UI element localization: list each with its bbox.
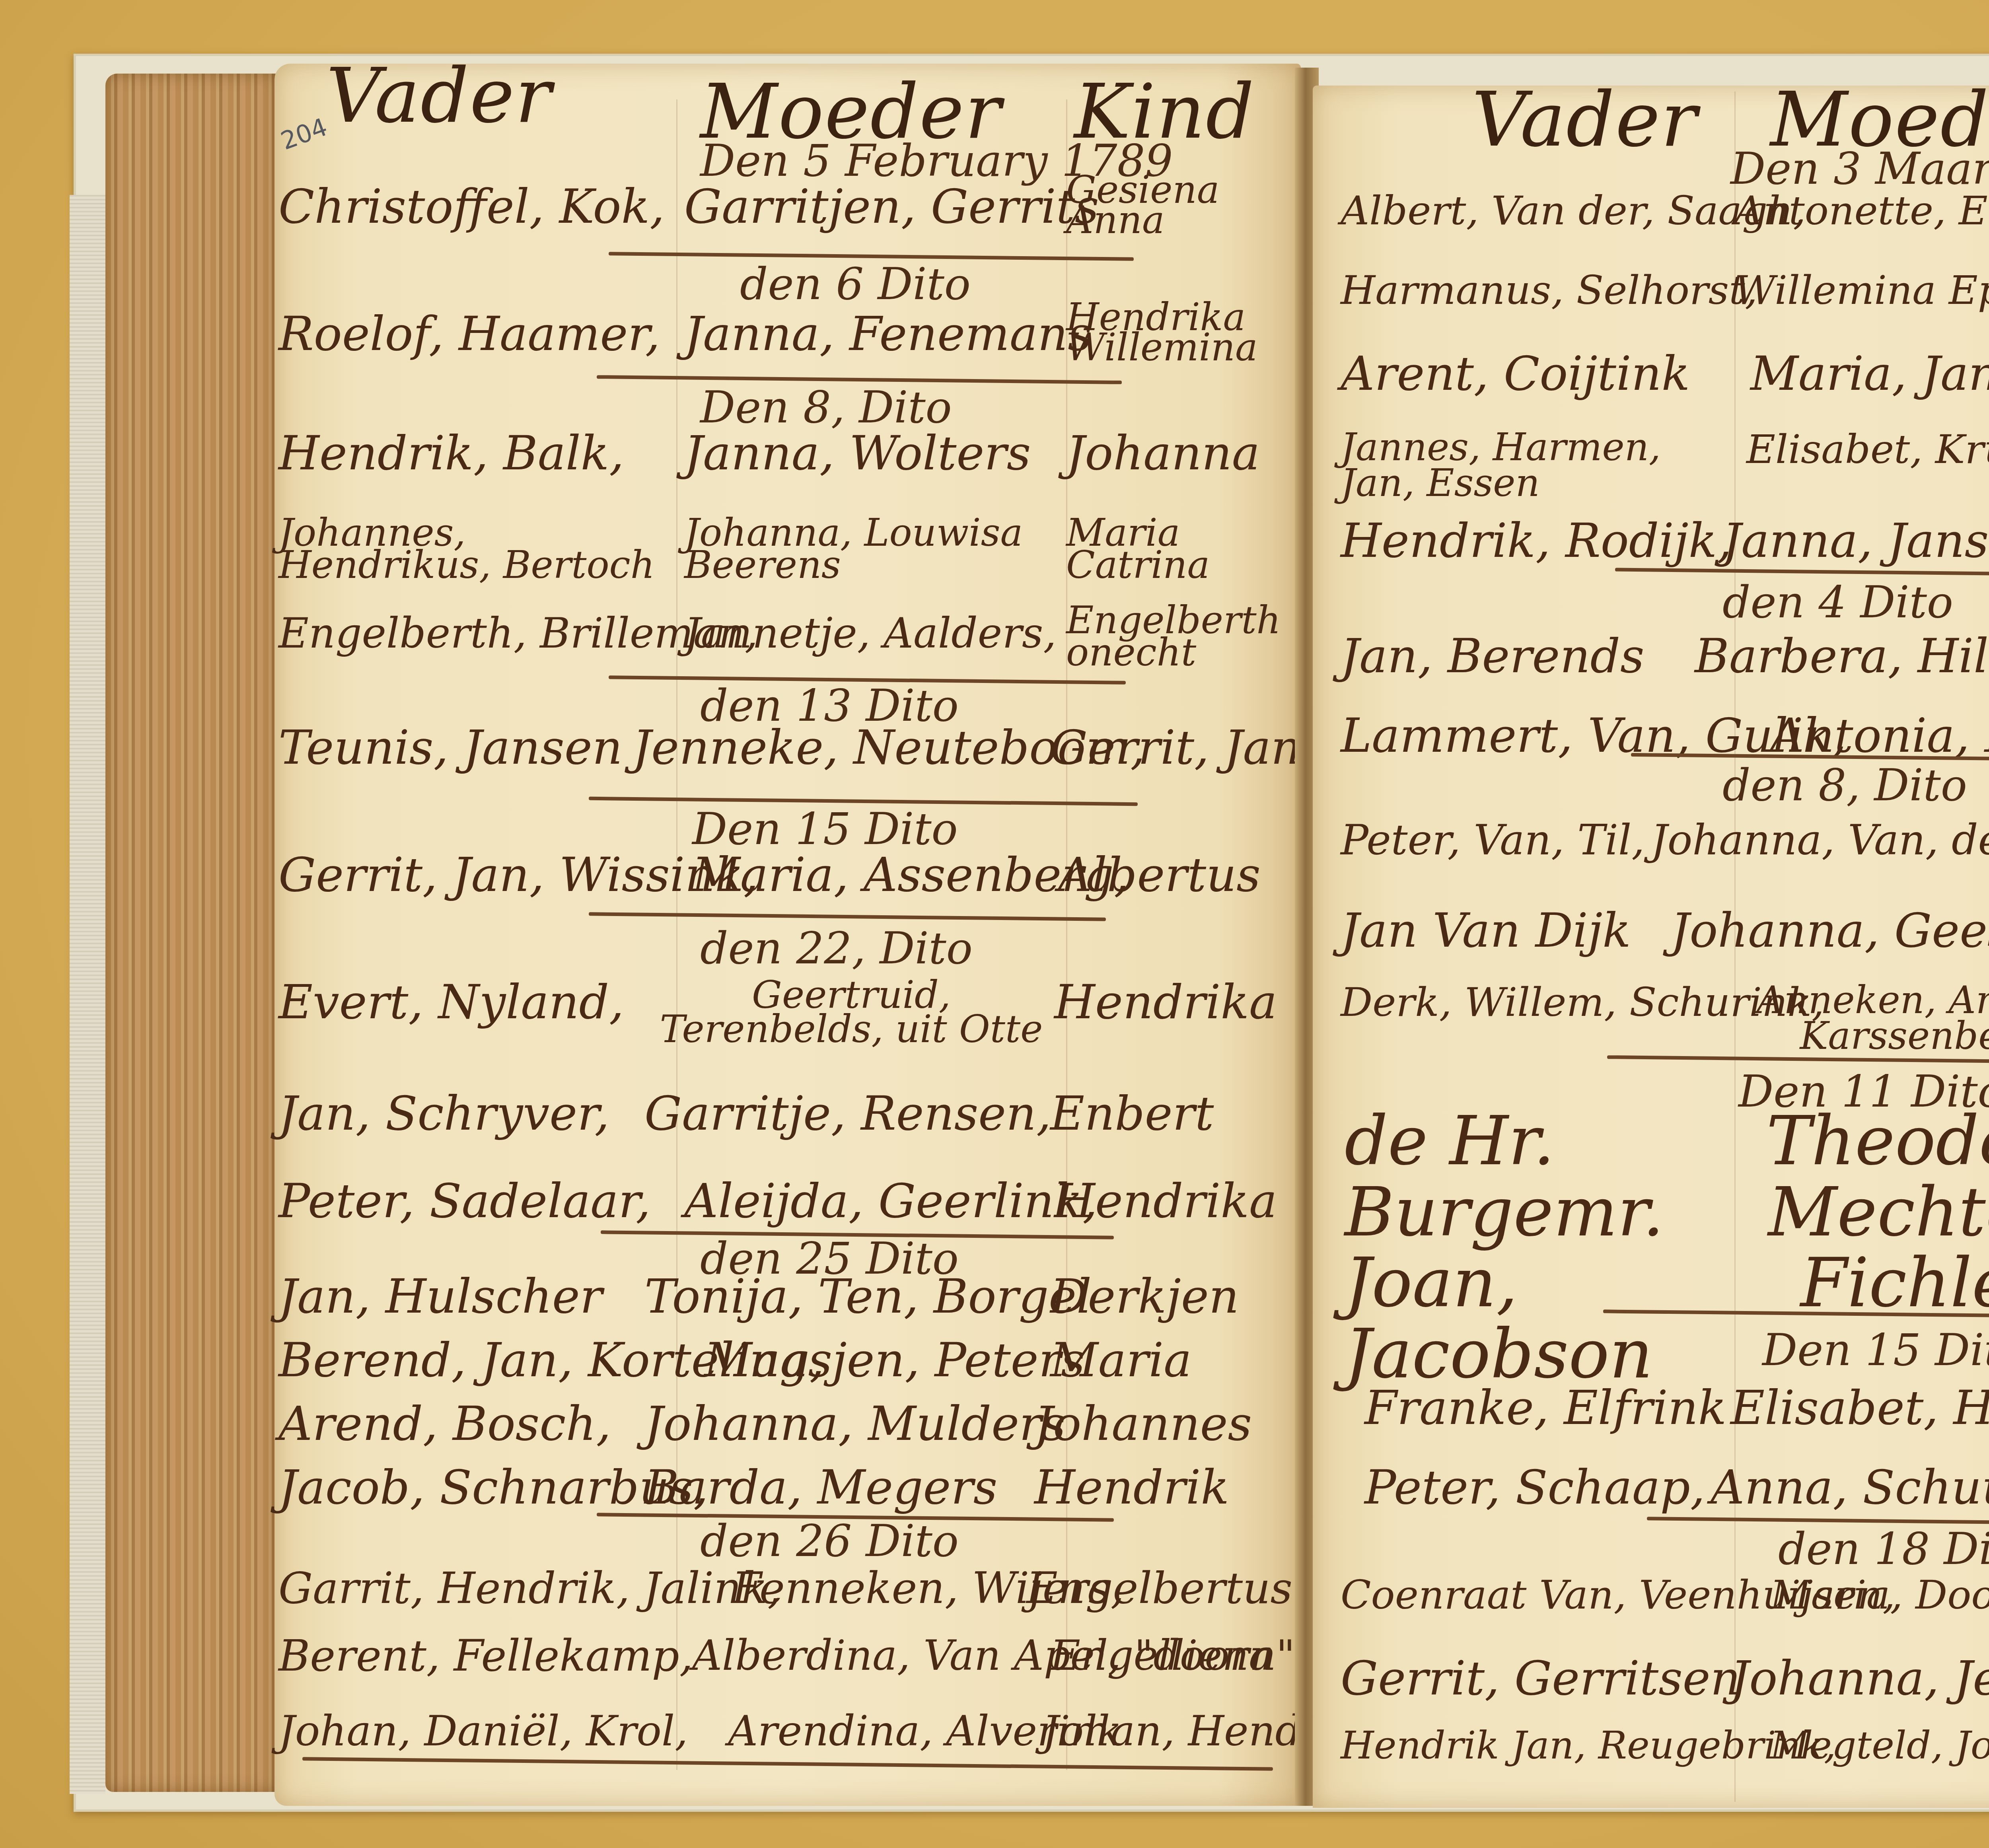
entry-kind: Hendrika — [1054, 1177, 1277, 1224]
entry-kind: Hendrika — [1054, 978, 1277, 1025]
entry-moeder: Johanna, Mulders — [644, 1400, 1066, 1447]
entry-vader: Jan, Berends — [1341, 632, 1645, 679]
entry-moeder: Garritjen, Gerrits — [684, 183, 1099, 230]
entry-vader: Gerrit, Gerritsen — [1341, 1655, 1741, 1702]
entry-kind: Albertus — [1058, 851, 1261, 898]
entry-moeder: Johanna, Van, der, Wetering — [1651, 819, 1989, 861]
date-heading: den 4 Dito — [1722, 577, 1953, 628]
entry-vader: Hendrik, Balk, — [278, 430, 624, 477]
entry-vader: Franke, Elfrink — [1364, 1384, 1726, 1431]
entry-vader: Jacob, Schnarbus, — [278, 1464, 708, 1511]
entry-moeder: Janna, Wolters — [684, 430, 1031, 477]
date-heading: den 8, Dito — [1722, 760, 1967, 811]
entry-moeder: Theodora Mechteld Fichler. — [1750, 1106, 1989, 1319]
entry-moeder: Aleijda, Geerlink, — [684, 1177, 1098, 1224]
entry-moeder: Megteld, Joosten — [1770, 1726, 1989, 1764]
entry-moeder: Barbera, Hillebrands, — [1695, 632, 1989, 679]
header-vader: Vader — [326, 52, 552, 140]
entry-kind: Johanna — [1066, 430, 1260, 477]
entry-moeder: Willemina Eppink — [1734, 270, 1989, 310]
entry-moeder: Janna, Jansen, — [1722, 517, 1989, 564]
date-heading: den 22, Dito — [700, 923, 973, 974]
entry-kind: Enbert — [1050, 1090, 1214, 1137]
date-heading: Den 15 Dito — [1762, 1325, 1989, 1375]
entry-moeder: Geertruid, Terenbelds, uit Otte — [644, 978, 1058, 1047]
entry-moeder: Antonette, Ekkenhuijs — [1734, 191, 1989, 231]
date-heading: Den 8, Dito — [700, 382, 952, 433]
entry-moeder: Maria, Doorninks — [1770, 1575, 1989, 1615]
entry-kind: Maria — [1050, 1336, 1192, 1383]
entry-moeder: Garritje, Rensen, — [644, 1090, 1051, 1137]
date-heading: den 18 Dito — [1778, 1523, 1989, 1574]
entry-moeder: Anneken, Antonij Karssenberg — [1722, 982, 1989, 1054]
entry-vader: Johan, Daniël, Krol, — [278, 1710, 688, 1752]
entry-moeder: Barda, Megers — [644, 1464, 997, 1511]
entry-vader: de Hr. Burgemr. Joan, Jacobson — [1345, 1106, 1742, 1390]
entry-vader: Garrit, Hendrik, Jalink, — [278, 1567, 781, 1610]
entry-vader: Berent, Fellekamp, — [278, 1635, 693, 1678]
page-edges-left — [105, 74, 276, 1792]
entry-moeder: Antonia, Beumer, — [1770, 712, 1989, 759]
entry-kind: Engelbertus — [1026, 1567, 1292, 1610]
entry-kind: Johannes — [1034, 1400, 1252, 1447]
entry-kind: Hendrik — [1034, 1464, 1229, 1511]
entry-vader: Hendrik, Rodijk, — [1341, 517, 1732, 564]
column-rule — [676, 99, 677, 1770]
entry-vader: Peter, Van, Til, — [1341, 819, 1645, 861]
entry-moeder: Maria, Jansen — [1750, 350, 1989, 397]
entry-moeder: Johanna, Jekins — [1730, 1655, 1989, 1702]
entry-moeder: Elisabet, Hissink — [1730, 1384, 1989, 1431]
entry-vader: Jannes, Harmen, Jan, Essen — [1341, 430, 1738, 502]
entry-vader: Hendrik Jan, Reugebrink, — [1341, 1726, 1836, 1764]
entry-kind: Hendrika Willemina — [1066, 302, 1249, 363]
date-heading: Den 3 Maart 1789 — [1730, 143, 1989, 194]
entry-kind: Maria Catrina — [1066, 517, 1249, 582]
date-heading: den 26 Dito — [700, 1515, 959, 1566]
date-heading: den 6 Dito — [740, 259, 971, 309]
entry-moeder: Elisabet, Krumers, — [1746, 430, 1989, 469]
entry-vader: Arend, Bosch, — [278, 1400, 611, 1447]
entry-vader: Arent, Coijtink — [1341, 350, 1690, 397]
date-heading: Den 15 Dito — [692, 803, 958, 854]
entry-moeder: Johanna, Louwisa Beerens — [684, 517, 1058, 582]
entry-vader: Teunis, Jansen — [278, 724, 623, 771]
entry-vader: Peter, Sadelaar, — [278, 1177, 651, 1224]
entry-kind: Derkjen — [1050, 1273, 1239, 1320]
linen-binding-left — [70, 195, 105, 1794]
entry-vader: Harmanus, Selhorst, — [1341, 270, 1757, 310]
entry-vader: Jan Van Dijk — [1341, 907, 1631, 954]
entry-vader: Johannes, Hendrikus, Bertoch — [278, 517, 668, 582]
entry-moeder: Janna, Fenemans — [684, 310, 1092, 357]
entry-kind: Engelberth onecht — [1066, 605, 1265, 669]
entry-vader: Christoffel, Kok, — [278, 183, 665, 230]
entry-moeder: Maasjen, Peters — [704, 1336, 1085, 1383]
entry-moeder: Anna, Schuurink — [1711, 1464, 1989, 1511]
entry-vader: Peter, Schaap, — [1364, 1464, 1705, 1511]
entry-kind: Engelliena — [1050, 1635, 1273, 1676]
entry-vader: Roelof, Haamer, — [278, 310, 660, 357]
entry-vader: Gerrit, Jan, Wissink, — [278, 851, 759, 898]
entry-moeder: Tonija, Ten, Borgel — [644, 1273, 1092, 1320]
entry-kind: Gerrit, Jan — [1050, 724, 1301, 771]
header-vader: Vader — [1472, 76, 1698, 163]
entry-moeder: Jannetje, Aalders, — [684, 613, 1057, 654]
entry-moeder: Johanna, Geessink — [1671, 907, 1989, 954]
entry-vader: Evert, Nyland, — [278, 978, 624, 1025]
entry-vader: Jan, Hulscher — [278, 1273, 602, 1320]
entry-vader: Jan, Schryver, — [278, 1090, 609, 1137]
entry-kind: Gesiena Anna — [1066, 175, 1249, 235]
